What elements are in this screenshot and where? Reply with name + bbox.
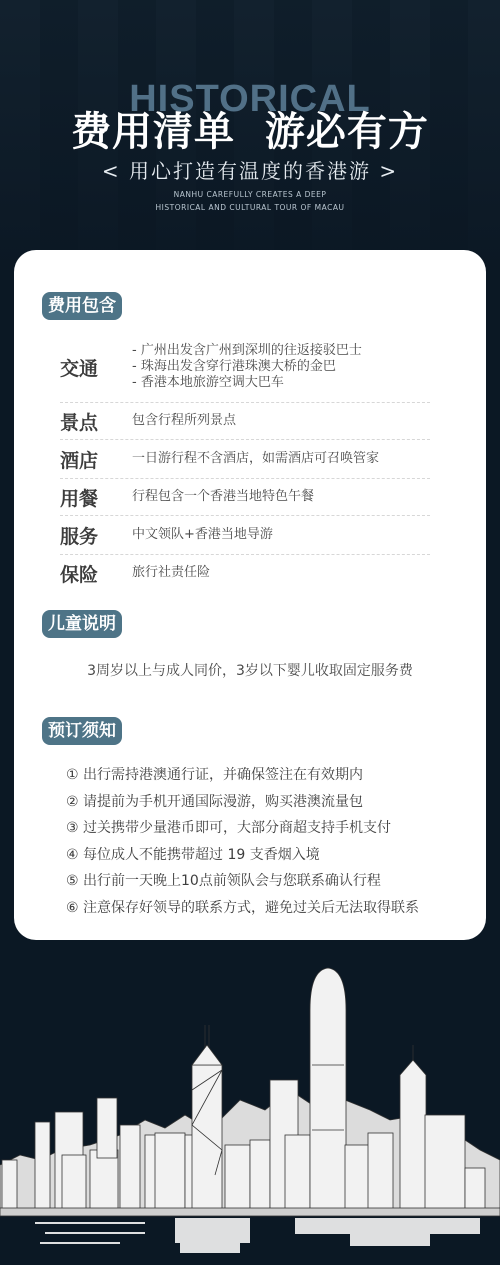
- fee-label: 酒店: [60, 446, 132, 473]
- booking-note: ⑥ 注意保存好领导的联系方式，避免过关后无法取得联系: [66, 895, 419, 922]
- info-card: 费用包含 交通 - 广州出发含广州到深圳的往返接驳巴士 - 珠海出发含穿行港珠澳…: [14, 250, 486, 940]
- fee-value: 包含行程所列景点: [132, 413, 236, 429]
- booking-note: ① 出行需持港澳通行证，并确保签注在有效期内: [66, 762, 419, 789]
- fee-row-transport: 交通 - 广州出发含广州到深圳的往返接驳巴士 - 珠海出发含穿行港珠澳大桥的金巴…: [60, 332, 430, 403]
- fee-value: 中文领队+香港当地导游: [132, 527, 273, 543]
- page-title: 费用清单 游必有方: [0, 100, 500, 157]
- hong-kong-skyline-illustration: [0, 950, 500, 1265]
- fee-row-service: 服务 中文领队+香港当地导游: [60, 516, 430, 555]
- fee-line: - 香港本地旅游空调大巴车: [132, 375, 362, 391]
- fees-badge: 费用包含: [42, 292, 122, 320]
- booking-notes-list: ① 出行需持港澳通行证，并确保签注在有效期内 ② 请提前为手机开通国际漫游，购买…: [66, 762, 419, 921]
- hero-banner: HISTORICAL 费用清单 游必有方 < 用心打造有温度的香港游 > NAN…: [0, 0, 500, 270]
- fee-line: - 珠海出发含穿行港珠澳大桥的金巴: [132, 359, 362, 375]
- english-tagline-2: HISTORICAL AND CULTURAL TOUR OF MACAU: [0, 203, 500, 212]
- children-policy-text: 3周岁以上与成人同价，3岁以下婴儿收取固定服务费: [14, 660, 486, 680]
- fee-line: - 广州出发含广州到深圳的往返接驳巴士: [132, 343, 362, 359]
- fee-value: - 广州出发含广州到深圳的往返接驳巴士 - 珠海出发含穿行港珠澳大桥的金巴 - …: [132, 343, 362, 391]
- fee-label: 交通: [60, 354, 132, 381]
- fee-label: 景点: [60, 408, 132, 435]
- fee-label: 保险: [60, 560, 132, 587]
- booking-note: ③ 过关携带少量港币即可，大部分商超支持手机支付: [66, 815, 419, 842]
- fee-label: 用餐: [60, 484, 132, 511]
- booking-badge: 预订须知: [42, 717, 122, 745]
- booking-note: ④ 每位成人不能携带超过 19 支香烟入境: [66, 842, 419, 869]
- fee-value: 行程包含一个香港当地特色午餐: [132, 489, 314, 505]
- fee-row-meals: 用餐 行程包含一个香港当地特色午餐: [60, 479, 430, 516]
- fee-value: 一日游行程不含酒店，如需酒店可召唤管家: [132, 451, 379, 467]
- fee-value: 旅行社责任险: [132, 565, 210, 581]
- booking-note: ⑤ 出行前一天晚上10点前领队会与您联系确认行程: [66, 868, 419, 895]
- fee-label: 服务: [60, 522, 132, 549]
- fee-row-attractions: 景点 包含行程所列景点: [60, 403, 430, 440]
- english-tagline-1: NANHU CAREFULLY CREATES A DEEP: [0, 190, 500, 199]
- booking-note: ② 请提前为手机开通国际漫游，购买港澳流量包: [66, 789, 419, 816]
- fee-row-insurance: 保险 旅行社责任险: [60, 555, 430, 591]
- children-badge: 儿童说明: [42, 610, 122, 638]
- fee-row-hotel: 酒店 一日游行程不含酒店，如需酒店可召唤管家: [60, 440, 430, 479]
- page-subtitle: < 用心打造有温度的香港游 >: [0, 155, 500, 184]
